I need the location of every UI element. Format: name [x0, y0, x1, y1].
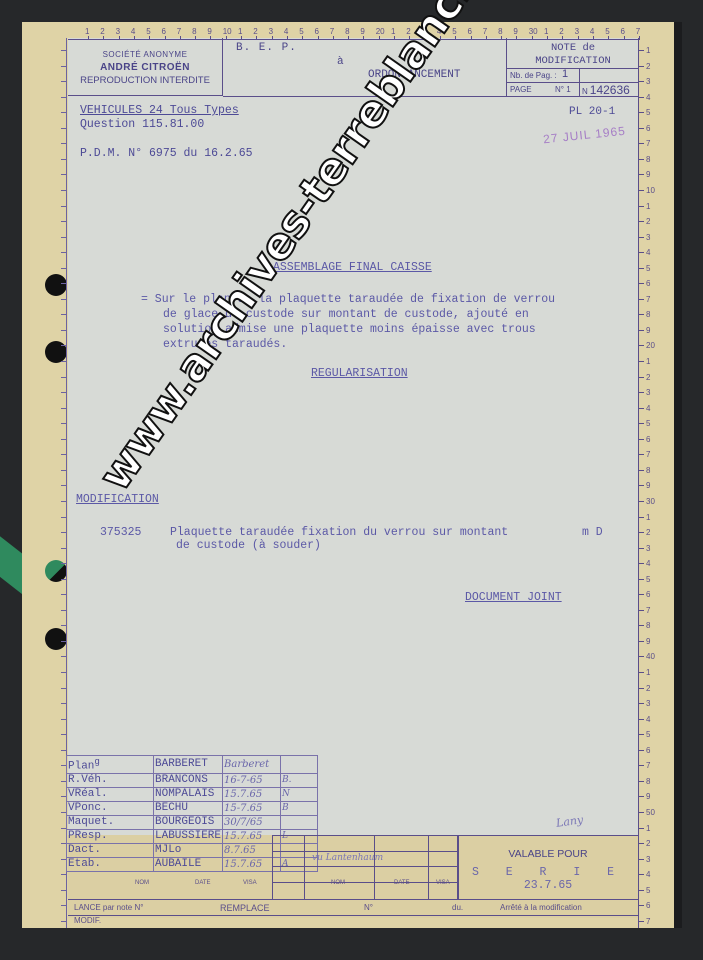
ruler-tick	[638, 610, 644, 611]
signature-date-text: 16-7-65	[224, 775, 263, 786]
ruler-label: 3	[646, 233, 650, 242]
ruler-label: 9	[513, 27, 517, 36]
signature-role: Maquet.	[67, 815, 154, 829]
ruler-tick	[61, 610, 67, 611]
note-box: NOTE de MODIFICATION Nb. de Pag. : 1 PAG…	[506, 38, 639, 97]
ruler-label: 8	[192, 27, 196, 36]
page-row: PAGE N° 1 N142636	[507, 82, 639, 97]
ruler-label: 3	[575, 27, 579, 36]
ruler-label: 2	[646, 373, 650, 382]
arrete-label: Arrêté à la modification	[500, 903, 582, 912]
punch-hole	[45, 628, 67, 650]
ruler-tick	[638, 890, 644, 891]
signature-nom-text: BOURGEOIS	[155, 816, 214, 828]
ruler-label: 9	[360, 27, 364, 36]
handwritten-note: vu Lantenhaum	[312, 853, 383, 863]
ruler-label: 9	[646, 326, 650, 335]
ruler-tick	[638, 408, 644, 409]
ruler-tick	[61, 905, 67, 906]
ruler-tick	[638, 174, 644, 175]
ruler-label: 2	[646, 684, 650, 693]
signature-nom: BECHU	[154, 801, 223, 815]
plan-reference: PL 20-1	[569, 106, 615, 118]
ruler-label: 1	[85, 27, 89, 36]
ruler-label: 2	[646, 839, 650, 848]
validity-label: VALABLE POUR	[458, 848, 638, 860]
ruler-label: 8	[646, 621, 650, 630]
ruler-tick	[638, 377, 644, 378]
second-signature-block	[272, 835, 458, 900]
signature-visa	[281, 756, 318, 774]
ruler-tick	[61, 672, 67, 673]
ruler-tick	[61, 237, 67, 238]
ruler-label: 6	[621, 27, 625, 36]
signature-role-text: PResp.	[68, 830, 108, 842]
ruler-tick	[638, 314, 644, 315]
ruler-label: 1	[646, 824, 650, 833]
ruler-tick	[61, 548, 67, 549]
ruler-tick	[61, 299, 67, 300]
part-description: Plaquette taraudée fixation du verrou su…	[170, 526, 508, 539]
ruler-label: 9	[646, 637, 650, 646]
ruler-tick	[638, 237, 644, 238]
ruler-tick	[638, 143, 644, 144]
ruler-tick	[61, 392, 67, 393]
ruler-label: 2	[646, 62, 650, 71]
ruler-label: 4	[646, 248, 650, 257]
signature-role-text: VPonc.	[68, 802, 108, 814]
ruler-label: 6	[646, 901, 650, 910]
ruler-label: 9	[207, 27, 211, 36]
ruler-tick	[638, 283, 644, 284]
signature-nom: LABUSSIERE	[154, 829, 223, 843]
ruler-tick	[61, 517, 67, 518]
ruler-label: 2	[100, 27, 104, 36]
ruler-label: 8	[646, 155, 650, 164]
ruler-label: 7	[646, 917, 650, 926]
ruler-tick	[638, 734, 644, 735]
ruler-tick	[61, 174, 67, 175]
ruler-tick	[638, 796, 644, 797]
ruler-tick	[61, 874, 67, 875]
ruler-tick	[61, 159, 67, 160]
ruler-tick	[61, 81, 67, 82]
ruler-label: 6	[315, 27, 319, 36]
ruler-label: 7	[646, 295, 650, 304]
validity-date: 23.7.65	[458, 879, 638, 892]
ruler-label: 3	[646, 544, 650, 553]
ruler-tick	[638, 750, 644, 751]
ruler-label: 30	[646, 497, 655, 506]
ruler-tick	[61, 485, 67, 486]
signature-row: PlangBARBERETBarberet	[67, 756, 318, 774]
ruler-tick	[638, 206, 644, 207]
ruler-label: 8	[498, 27, 502, 36]
company-block: SOCIÉTÉ ANONYME ANDRÉ CITROËN REPRODUCTI…	[68, 38, 223, 96]
signature-date: 30/7/65	[223, 815, 281, 829]
part-code: m D	[582, 526, 603, 539]
ruler-tick	[61, 423, 67, 424]
signature-role-text: Maquet.	[68, 816, 114, 828]
ruler-tick	[61, 470, 67, 471]
sender: B. E. P.	[236, 42, 297, 54]
signature-nom-text: NOMPALAIS	[155, 788, 214, 800]
signature-date-text: Barberet	[224, 759, 269, 770]
ruler-label: 7	[636, 27, 640, 36]
ruler-label: 10	[223, 27, 232, 36]
signature-date: 16-7-65	[223, 773, 281, 787]
signature-nom-text: BECHU	[155, 802, 188, 814]
ruler-label: 4	[131, 27, 135, 36]
signature-nom: NOMPALAIS	[154, 787, 223, 801]
col-label-nom: NOM	[331, 880, 345, 886]
ruler-tick	[638, 454, 644, 455]
page-label: PAGE	[510, 85, 532, 94]
note-number: N142636	[582, 83, 630, 97]
signature-row: Maquet.BOURGEOIS30/7/65	[67, 815, 318, 829]
signature-role-text: VRéal.	[68, 788, 108, 800]
ruler-tick	[638, 470, 644, 471]
divider	[428, 835, 429, 900]
ruler-tick	[638, 159, 644, 160]
ruler-tick	[638, 859, 644, 860]
note-title-line2: MODIFICATION	[507, 55, 639, 68]
ruler-label: 3	[646, 699, 650, 708]
ruler-label: 7	[646, 450, 650, 459]
signature-row: R.Véh.BRANCONS16-7-65B.	[67, 773, 318, 787]
ruler-label: 2	[646, 528, 650, 537]
date-label: du.	[452, 903, 463, 912]
signature-date-text: 30/7/65	[224, 817, 263, 828]
ruler-tick	[638, 641, 644, 642]
ruler-label: 1	[646, 46, 650, 55]
ruler-label: 3	[269, 27, 273, 36]
ruler-label: 7	[483, 27, 487, 36]
pages-row: Nb. de Pag. : 1	[507, 68, 639, 83]
ruler-tick	[638, 828, 644, 829]
ruler-tick	[638, 392, 644, 393]
ruler-tick	[638, 625, 644, 626]
modif-label: MODIF.	[74, 916, 101, 925]
ruler-tick	[638, 688, 644, 689]
ruler-tick	[61, 719, 67, 720]
ruler-tick	[638, 423, 644, 424]
signature-role-text: R.Véh.	[68, 774, 108, 786]
ruler-label: 7	[646, 606, 650, 615]
signature-row: VRéal.NOMPALAIS15.7.65N	[67, 787, 318, 801]
signature-visa: B.	[281, 773, 318, 787]
signature-role: VRéal.	[67, 787, 154, 801]
ruler-label: 8	[646, 777, 650, 786]
ruler-label: 5	[646, 419, 650, 428]
signature-nom: BOURGEOIS	[154, 815, 223, 829]
col-label-visa: VISA	[243, 880, 257, 886]
ruler-tick	[61, 128, 67, 129]
signature-nom-text: BARBERET	[155, 758, 208, 770]
ruler-tick	[638, 921, 644, 922]
ruler-tick	[638, 765, 644, 766]
ruler-label: 8	[646, 466, 650, 475]
ruler-label: 6	[646, 746, 650, 755]
ruler-tick	[638, 501, 644, 502]
ruler-label: 4	[284, 27, 288, 36]
ruler-tick	[61, 439, 67, 440]
signature-role-text: Plan	[68, 761, 94, 773]
ruler-tick	[61, 579, 67, 580]
ruler-tick	[61, 97, 67, 98]
ruler-tick	[638, 843, 644, 844]
ruler-label: 8	[345, 27, 349, 36]
ruler-tick	[638, 221, 644, 222]
ruler-label: 4	[646, 870, 650, 879]
nb-pages-label: Nb. de Pag. :	[510, 71, 557, 80]
ruler-tick	[638, 268, 644, 269]
signature-nom-text: MJLo	[155, 844, 181, 856]
punch-hole	[45, 341, 67, 363]
ruler-label: 5	[646, 575, 650, 584]
ruler-label: 2	[253, 27, 257, 36]
ruler-label: 9	[646, 170, 650, 179]
ruler-tick	[638, 252, 644, 253]
ruler-tick	[61, 625, 67, 626]
ruler-tick	[638, 439, 644, 440]
signature-role: Etab.	[67, 857, 154, 871]
ruler-label: 1	[646, 513, 650, 522]
ruler-tick	[61, 112, 67, 113]
ruler-tick	[638, 532, 644, 533]
ruler-label: 6	[646, 124, 650, 133]
ruler-label: 2	[646, 217, 650, 226]
divider	[272, 851, 458, 852]
pdm-reference: P.D.M. N° 6975 du 16.2.65	[80, 147, 253, 160]
ruler-tick	[61, 921, 67, 922]
ruler-tick	[638, 579, 644, 580]
ruler-label: 9	[646, 792, 650, 801]
ruler-tick	[638, 299, 644, 300]
ruler-label: 40	[646, 652, 655, 661]
ruler-label: 6	[646, 279, 650, 288]
col-label-visa: VISA	[436, 880, 450, 886]
ruler-tick	[61, 890, 67, 891]
signature-visa-text: N	[282, 789, 290, 799]
to-label: à	[337, 56, 344, 68]
ruler-tick	[638, 719, 644, 720]
ruler-label: 5	[646, 264, 650, 273]
signature-date: 15.7.65	[223, 787, 281, 801]
ruler-label: 6	[162, 27, 166, 36]
signature-nom: BARBERET	[154, 756, 223, 774]
ruler-tick	[61, 361, 67, 362]
ruler-label: 4	[646, 559, 650, 568]
ruler-tick	[61, 283, 67, 284]
signature-role-text: Etab.	[68, 858, 101, 870]
footer-row: LANCE par note N° REMPLACE N° du. Arrêté…	[68, 899, 638, 916]
ruler-right: 1234567891012345678920123456789301234567…	[638, 38, 668, 928]
ruler-label: 7	[177, 27, 181, 36]
col-label-nom: NOM	[135, 880, 149, 886]
ruler-label: 3	[116, 27, 120, 36]
note-number-prefix: N	[582, 87, 588, 96]
divider	[304, 835, 305, 900]
ruler-label: 5	[605, 27, 609, 36]
divider	[272, 866, 458, 867]
signature-visa-text: B.	[282, 775, 291, 785]
ruler-tick	[638, 330, 644, 331]
ruler-tick	[61, 143, 67, 144]
signature-nom: MJLo	[154, 843, 223, 857]
ruler-tick	[638, 361, 644, 362]
ruler-tick	[61, 206, 67, 207]
ruler-tick	[638, 112, 644, 113]
ruler-tick	[638, 703, 644, 704]
part-number: 375325	[100, 526, 141, 539]
ruler-tick	[61, 532, 67, 533]
note-number-value: 142636	[590, 83, 630, 97]
ruler-tick	[638, 190, 644, 191]
regularisation-title: REGULARISATION	[311, 367, 408, 380]
ruler-label: 50	[646, 808, 655, 817]
ruler-tick	[638, 128, 644, 129]
ruler-tick	[61, 345, 67, 346]
binder-edge	[674, 22, 682, 928]
ruler-tick	[638, 781, 644, 782]
ruler-label: 6	[646, 590, 650, 599]
ruler-tick	[61, 66, 67, 67]
ruler-tick	[61, 501, 67, 502]
validity-block: VALABLE POUR S E R I E 23.7.65	[458, 836, 638, 892]
ruler-label: 5	[646, 108, 650, 117]
ruler-label: 1	[646, 357, 650, 366]
ruler-label: 4	[646, 715, 650, 724]
ruler-label: 1	[238, 27, 242, 36]
note-title: NOTE de MODIFICATION	[507, 42, 639, 68]
ruler-tick	[61, 50, 67, 51]
ruler-tick	[61, 190, 67, 191]
signature-role-text: Dact.	[68, 844, 101, 856]
nb-pages-value: 1	[562, 68, 568, 80]
ruler-tick	[61, 377, 67, 378]
ruler-tick	[638, 485, 644, 486]
ruler-label: 7	[646, 761, 650, 770]
ruler-tick	[61, 314, 67, 315]
ruler-tick	[61, 641, 67, 642]
ruler-label: 30	[529, 27, 538, 36]
signature-nom-text: BRANCONS	[155, 774, 208, 786]
reproduction-notice: REPRODUCTION INTERDITE	[68, 74, 222, 87]
ruler-tick	[61, 750, 67, 751]
ruler-tick	[638, 594, 644, 595]
ruler-tick	[61, 221, 67, 222]
page-number: N° 1	[555, 85, 571, 94]
ruler-tick	[61, 454, 67, 455]
ruler-label: 7	[330, 27, 334, 36]
ruler-tick	[61, 252, 67, 253]
subject: VEHICULES 24 Tous Types	[80, 104, 239, 117]
remplace-label: REMPLACE	[220, 903, 270, 913]
ruler-label: 5	[646, 886, 650, 895]
ruler-tick	[61, 330, 67, 331]
signature-date-text: 8.7.65	[224, 845, 256, 856]
signature-role: PResp.	[67, 829, 154, 843]
signature-nom: BRANCONS	[154, 773, 223, 787]
ruler-tick	[61, 703, 67, 704]
ruler-label: 20	[646, 341, 655, 350]
ruler-label: 1	[544, 27, 548, 36]
note-title-line1: NOTE de	[507, 42, 639, 55]
ruler-tick	[638, 874, 644, 875]
divider	[579, 68, 580, 96]
ruler-label: 6	[646, 435, 650, 444]
ruler-tick	[61, 594, 67, 595]
signature-date-text: 15.7.65	[224, 831, 262, 842]
company-name: ANDRÉ CITROËN	[68, 61, 222, 74]
ruler-tick	[61, 408, 67, 409]
ruler-tick	[61, 563, 67, 564]
ruler-tick	[638, 656, 644, 657]
ruler-label: 5	[646, 730, 650, 739]
signature-date: 15-7.65	[223, 801, 281, 815]
signature-visa-text: B	[282, 803, 289, 813]
signature-visa	[281, 815, 318, 829]
ruler-label: 4	[646, 404, 650, 413]
validity-serie: S E R I E	[458, 866, 638, 879]
ruler-label: 1	[646, 202, 650, 211]
ruler-tick	[61, 734, 67, 735]
ruler-label: 6	[468, 27, 472, 36]
ruler-label: 9	[646, 481, 650, 490]
ruler-tick	[638, 517, 644, 518]
signature-role: R.Véh.	[67, 773, 154, 787]
signature-date: Barberet	[223, 756, 281, 774]
part-description-cont: de custode (à souder)	[176, 539, 321, 552]
col-label-date: DATE	[394, 880, 410, 886]
ruler-label: 3	[646, 388, 650, 397]
ruler-tick	[638, 548, 644, 549]
signature-row: VPonc.BECHU15-7.65B	[67, 801, 318, 815]
signature-date-text: 15-7.65	[224, 803, 262, 814]
number-label: N°	[364, 903, 373, 912]
ruler-label: 1	[646, 668, 650, 677]
signature-role: Dact.	[67, 843, 154, 857]
ruler-tick	[61, 656, 67, 657]
signature-nom: AUBAILE	[154, 857, 223, 871]
ruler-label: 4	[646, 93, 650, 102]
ruler-label: 8	[646, 310, 650, 319]
attachment-note: DOCUMENT JOINT	[465, 591, 562, 604]
signature-date-text: 15.7.65	[224, 859, 262, 870]
signature-role-sup: g	[94, 756, 100, 767]
punch-hole	[45, 274, 67, 296]
ruler-label: 5	[146, 27, 150, 36]
ruler-label: 10	[646, 186, 655, 195]
ruler-label: 5	[299, 27, 303, 36]
signature-role: Plang	[67, 756, 154, 774]
body-line: = Sur le plan de la plaquette taraudée d…	[141, 293, 555, 306]
modification-title: MODIFICATION	[76, 493, 159, 506]
ruler-label: 20	[376, 27, 385, 36]
ruler-tick	[638, 563, 644, 564]
signature-nom-text: LABUSSIERE	[155, 830, 221, 842]
divider	[374, 835, 375, 900]
company-type: SOCIÉTÉ ANONYME	[68, 48, 222, 61]
ruler-tick	[61, 688, 67, 689]
ruler-label: 3	[646, 855, 650, 864]
ruler-tick	[61, 268, 67, 269]
ruler-label: 7	[646, 139, 650, 148]
ruler-label: 4	[590, 27, 594, 36]
signature-role: VPonc.	[67, 801, 154, 815]
ruler-tick	[638, 672, 644, 673]
